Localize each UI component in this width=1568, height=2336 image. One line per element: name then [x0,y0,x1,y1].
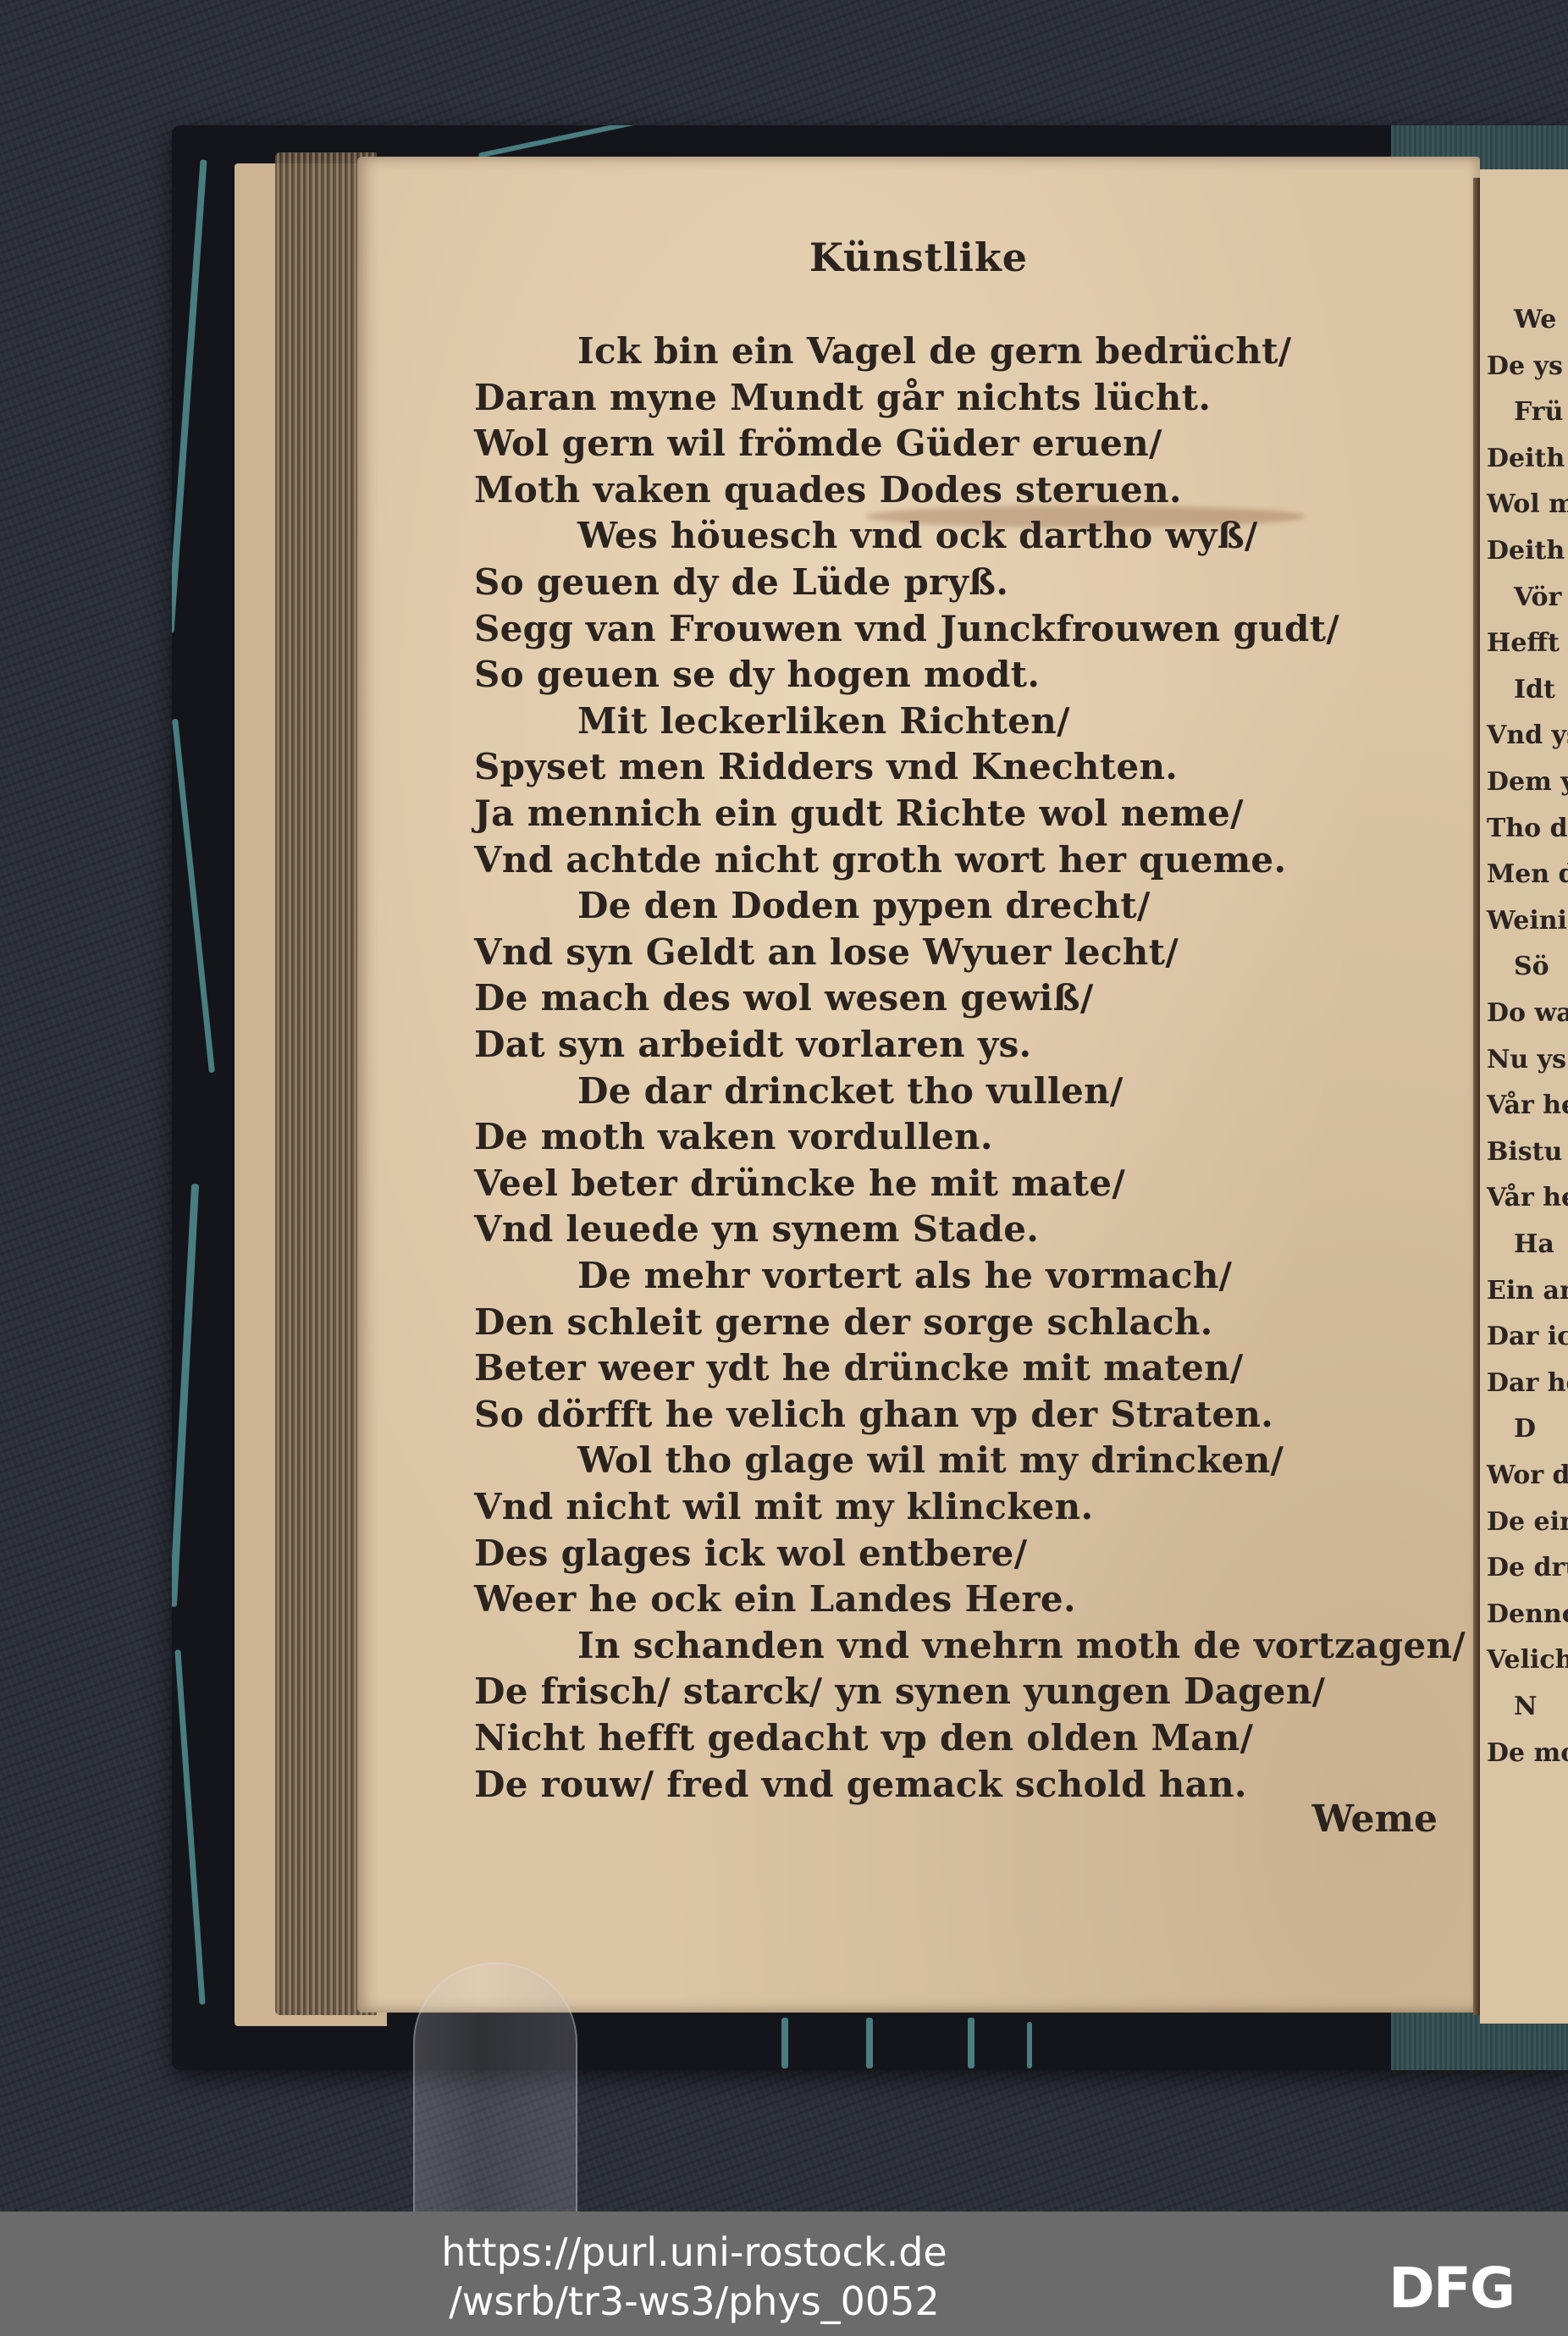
text-line: So geuen dy de Lüde pryß. [474,561,1008,603]
facing-text-fragment: Frü [1514,397,1563,427]
text-line: De frisch/ starck/ yn synen yungen Dagen… [474,1671,1325,1712]
text-line: Ick bin ein Vagel de gern bedrücht/ [577,330,1291,372]
facing-text-fragment: Ha [1514,1229,1554,1259]
text-line: Weer he ock ein Landes Here. [474,1578,1076,1620]
facing-text-fragment: N [1514,1692,1537,1721]
text-line: Den schleit gerne der sorge schlach. [474,1301,1213,1343]
text-line: Vnd leuede yn synem Stade. [474,1208,1039,1250]
facing-text-fragment: Dar hef [1487,1368,1568,1398]
facing-text-fragment: Deith vee [1487,536,1568,566]
text-line: Ja mennich ein gudt Richte wol neme/ [474,792,1244,834]
permalink-line-2[interactable]: /wsrb/tr3-ws3/phys_0052 [0,2278,1389,2325]
facing-text-fragment: Nu ys d [1487,1045,1568,1074]
facing-text-fragment: Tho dem [1487,814,1568,843]
facing-text-fragment: Dar ick [1487,1322,1568,1351]
text-line: So dörfft he velich ghan vp der Straten. [474,1394,1273,1435]
text-line: Veel beter drüncke he mit mate/ [474,1162,1125,1204]
facing-text-fragment: Vnd ys o [1487,721,1568,750]
text-line: Vnd achtde nicht groth wort her queme. [474,839,1286,881]
facing-text-fragment: We [1514,305,1556,334]
catchword: Weme [1312,1798,1438,1841]
text-line: Wol tho glage wil mit my drincken/ [577,1439,1284,1481]
permalink-line-1[interactable]: https://purl.uni-rostock.de [0,2228,1389,2276]
facing-text-fragment: Wol mit d [1487,489,1568,519]
text-line: Vnd nicht wil mit my klincken. [474,1486,1093,1527]
text-line: Wes höuesch vnd ock dartho wyß/ [577,515,1258,556]
book-page: Künstlike Ick bin ein Vagel de gern bedr… [357,157,1480,2013]
facing-text-fragment: De mo [1487,1738,1568,1768]
book-support-clip [413,1963,577,2218]
facing-text-fragment: Wor dr [1487,1461,1568,1490]
facing-text-fragment: Vår hen [1487,1183,1568,1212]
text-line: Mit leckerliken Richten/ [577,700,1070,742]
text-line: Spyset men Ridders vnd Knechten. [474,746,1178,787]
gutter [1473,178,1480,2015]
text-line: Moth vaken quades Dodes steruen. [474,469,1182,511]
text-line: De mach des wol wesen gewiß/ [474,977,1094,1019]
text-line: Vnd syn Geldt an lose Wyuer lecht/ [474,931,1179,973]
text-line: In schanden vnd vnehrn moth de vortzagen… [577,1625,1466,1666]
facing-text-fragment: De drü [1487,1553,1568,1582]
facing-text-fragment: Men den [1487,859,1568,889]
facing-text-fragment: Sö [1514,952,1549,981]
facing-text-fragment: Weinich [1487,906,1568,936]
facing-text-fragment: De ein [1487,1507,1568,1537]
facing-text-fragment: Dem ydt [1487,767,1568,797]
facing-text-fragment: Idt [1514,675,1555,704]
text-line: De moth vaken vordullen. [474,1116,993,1157]
text-line: Wol gern wil frömde Güder eruen/ [474,422,1162,464]
facing-text-fragment: De ys ryc [1487,351,1568,381]
text-line: Des glages ick wol entbere/ [474,1532,1027,1574]
text-line: De mehr vortert als he vormach/ [577,1255,1232,1296]
text-line: Beter weer ydt he drüncke mit maten/ [474,1347,1244,1389]
dfg-logo: DFG [1389,2256,1514,2321]
footer-bar: https://purl.uni-rostock.de /wsrb/tr3-ws… [0,2212,1568,2336]
facing-text-fragment: Denno [1487,1599,1568,1629]
text-line: Dat syn arbeidt vorlaren ys. [474,1024,1031,1065]
text-line: So geuen se dy hogen modt. [474,654,1040,695]
facing-text-fragment: Bistu my [1487,1137,1568,1167]
text-line: De den Doden pypen drecht/ [577,885,1151,926]
text-line: Segg van Frouwen vnd Junckfrouwen gudt/ [474,608,1339,649]
facing-text-fragment: Velich [1487,1645,1568,1675]
facing-text-fragment: Hefft men [1487,628,1568,658]
text-line: Daran myne Mundt går nichts lücht. [474,377,1211,418]
running-head: Künstlike [357,235,1480,280]
facing-text-fragment: Vör [1514,583,1561,612]
text-line: De dar drincket tho vullen/ [577,1070,1124,1112]
facing-text-fragment: Ein and [1487,1276,1568,1306]
text-line: Nicht hefft gedacht vp den olden Man/ [474,1717,1253,1759]
facing-text-fragment: Deith vee [1487,444,1568,473]
text-line: De rouw/ fred vnd gemack schold han. [474,1764,1247,1805]
facing-text-fragment: D [1514,1414,1536,1444]
facing-text-fragment: Do was [1487,998,1568,1028]
facing-text-fragment: Vår hen [1487,1091,1568,1120]
facing-page: WeDe ys rycFrüDeith veeWol mit dDeith ve… [1480,169,1568,2024]
